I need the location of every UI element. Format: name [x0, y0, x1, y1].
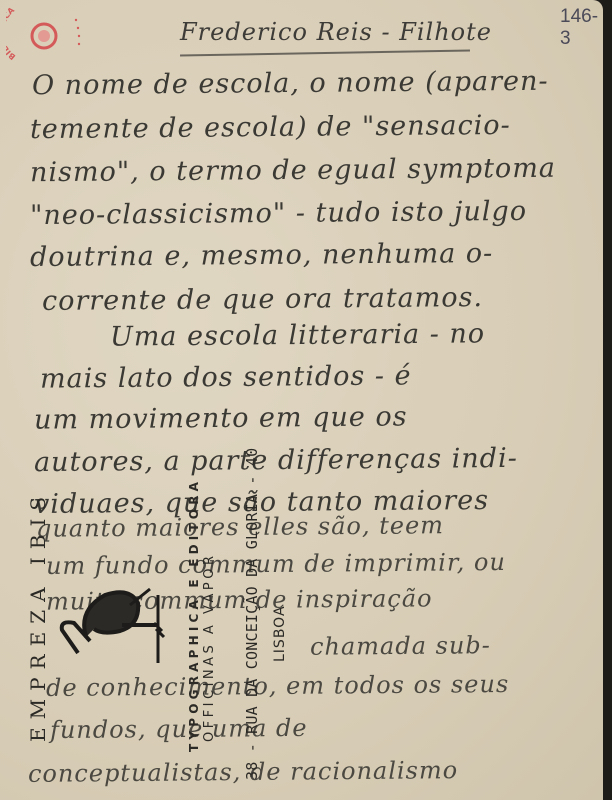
- stamp-text: BIBLIOTECA: [6, 5, 17, 62]
- manuscript-line: doutrina e, mesmo, nenhuma o-: [30, 238, 493, 273]
- manuscript-line: O nome de escola, o nome (aparen-: [32, 66, 549, 102]
- letterhead-line-1: TYPOGRAPHICA E EDITORA: [187, 478, 201, 752]
- manuscript-line: Uma escola litteraria - no: [110, 318, 485, 352]
- letterhead-address: 38 - RUA DA CONCEIÇÃO DA GLORIA - 40: [243, 448, 261, 780]
- folio-number: 146-3: [560, 6, 603, 50]
- manuscript-line: corrente de que ora tratamos.: [42, 282, 483, 317]
- letterhead-city: LISBOA: [272, 605, 288, 662]
- svg-text:BIBLIOTECA: BIBLIOTECA: [6, 5, 17, 62]
- scan-border: [603, 0, 612, 800]
- manuscript-line: temente de escola) de "sensacio-: [30, 110, 511, 145]
- heading-underline: [180, 49, 470, 56]
- library-stamp-icon: BIBLIOTECA: [6, 4, 86, 64]
- ibis-bird-icon: [50, 585, 175, 675]
- manuscript-line: quanto maiores elles são, teem: [36, 511, 444, 543]
- manuscript-line: fundos, que uma de: [50, 714, 308, 744]
- manuscript-line: mais lato dos sentidos - é: [40, 360, 412, 394]
- manuscript-line: chamada sub-: [310, 631, 491, 661]
- manuscript-line: um fundo commum de imprimir, ou: [46, 548, 506, 580]
- manuscript-line: um movimento em que os: [34, 401, 408, 435]
- manuscript-page: BIBLIOTECA 146-3 Frederico Reis - Filhot…: [0, 0, 603, 800]
- manuscript-line: autores, a parte differenças indi-: [34, 443, 518, 478]
- letterhead-line-2: OFFICINAS A VAPOR: [202, 552, 217, 742]
- manuscript-line: nismo", o termo de egual symptoma: [30, 153, 556, 189]
- page-heading: Frederico Reis - Filhote: [180, 18, 492, 46]
- company-name: EMPREZA IBIS: [26, 489, 50, 742]
- manuscript-line: "neo-classicismo" - tudo isto julgo: [30, 196, 527, 231]
